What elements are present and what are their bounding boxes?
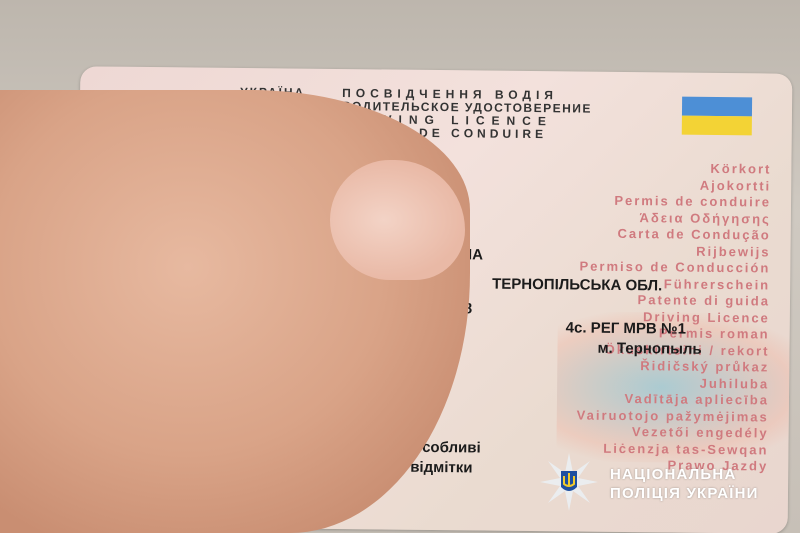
translation: Řidičský průkaz bbox=[577, 358, 769, 377]
translation: Permiso de Conducción bbox=[578, 259, 770, 278]
issuing-authority: 4с. РЕГ МРВ №1 bbox=[566, 319, 686, 337]
ukraine-flag-icon bbox=[682, 97, 752, 136]
issuing-city: м. Тернопыль bbox=[597, 340, 701, 358]
translation: Vairuotojo pažymėjimas bbox=[577, 407, 769, 426]
licence-translations: Körkort Ajokortti Permis de conduire Άδε… bbox=[576, 160, 771, 475]
translation: Rijbewijs bbox=[578, 242, 770, 261]
translation: Permis de conduire bbox=[579, 193, 771, 212]
special-marks-line: відмітки bbox=[410, 458, 480, 479]
translation: Carta de Condução bbox=[579, 226, 771, 245]
translation: Juhiluba bbox=[577, 374, 769, 393]
police-star-trident-icon bbox=[540, 453, 598, 511]
translation: Liċenzja tas-Sewqan bbox=[576, 440, 768, 459]
translation: Vadītāja apliecība bbox=[577, 391, 769, 410]
police-text-line: НАЦІОНАЛЬНА bbox=[610, 465, 759, 484]
police-text-line: ПОЛІЦІЯ УКРАЇНИ bbox=[610, 484, 759, 503]
birth-region: ТЕРНОПІЛЬСЬКА ОБЛ. bbox=[492, 276, 662, 295]
translation: Vezetői engedély bbox=[576, 424, 768, 443]
translation: Körkort bbox=[579, 160, 771, 179]
translation: Άδεια Οδήγησης bbox=[579, 209, 771, 228]
police-text: НАЦІОНАЛЬНА ПОЛІЦІЯ УКРАЇНИ bbox=[610, 465, 759, 503]
thumb bbox=[0, 90, 470, 533]
translation: Ajokortti bbox=[579, 176, 771, 195]
translation: Patente di guida bbox=[578, 292, 770, 311]
